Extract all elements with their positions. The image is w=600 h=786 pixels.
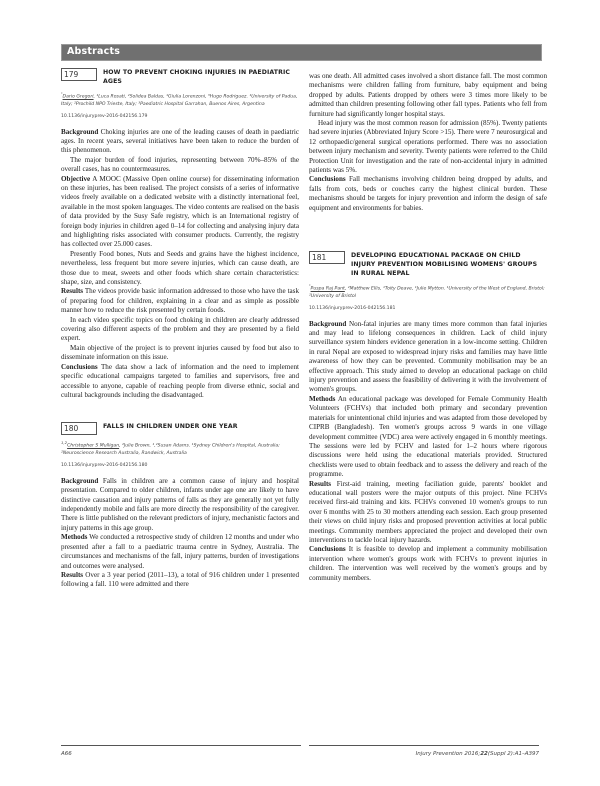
paragraph: was one death. All admitted cases involv… [309,72,547,119]
paragraph: Head injury was the most common reason f… [309,119,547,175]
paragraph: Main objective of the project is to prev… [61,344,299,363]
abstract-title: DEVELOPING EDUCATIONAL PACKAGE ON CHILD … [351,251,547,278]
section-header-bar: Abstracts [61,44,542,61]
journal-citation: Injury Prevention 2016;22(Suppl 2):A1–A3… [416,751,539,757]
paragraph-conclusions: Conclusions The data show a lack of info… [61,363,299,401]
abstract-title: FALLS IN CHILDREN UNDER ONE YEAR [103,422,238,431]
paragraph-conclusions: Conclusions Fall mechanisms involving ch… [309,175,547,213]
presenting-author: Christopher S Mulligan [67,444,119,449]
paragraph-results: Results Over a 3 year period (2011–13), … [61,571,299,590]
abstract-title: HOW TO PREVENT CHOKING INJURIES IN PAEDI… [103,68,299,86]
abstract-number: 181 [309,251,345,264]
left-column: 179 HOW TO PREVENT CHOKING INJURIES IN P… [61,68,299,590]
paragraph-objective: Objective A MOOC (Massive Open online co… [61,175,299,250]
abstract-number: 180 [61,422,97,435]
abstract-181: 181 DEVELOPING EDUCATIONAL PACKAGE ON CH… [309,251,547,583]
abstract-179: 179 HOW TO PREVENT CHOKING INJURIES IN P… [61,68,299,400]
footer-rule-left [61,745,301,746]
paragraph-background: Background Non-fatal injuries are many t… [309,320,547,395]
abstract-180-continued: was one death. All admitted cases involv… [309,72,547,213]
section-title: Abstracts [67,46,120,57]
paragraph: The major burden of food injuries, repre… [61,156,299,175]
paragraph: In each video specific topics on food ch… [61,316,299,344]
author-list: ¹Puspa Raj Pant, ²Matthew Ellis, ¹Toity … [309,282,547,300]
paragraph-results: Results The videos provide basic informa… [61,287,299,315]
presenting-author: Puspa Raj Pant [311,287,345,292]
doi[interactable]: 10.1136/injuryprev-2016-042156.180 [61,463,299,468]
paragraph-methods: Methods We conducted a retrospective stu… [61,533,299,571]
page-number: A66 [61,751,72,757]
doi[interactable]: 10.1136/injuryprev-2016-042156.179 [61,114,299,119]
abstract-number: 179 [61,68,97,81]
presenting-author: Dario Gregori [63,95,94,100]
paragraph-background: Background Choking injuries are one of t… [61,128,299,156]
paragraph-background: Background Falls in children are a commo… [61,477,299,533]
paragraph-methods: Methods An educational package was devel… [309,395,547,480]
footer-rule-right [309,745,539,746]
author-list: 1,2Christopher S Mulligan, ²Julie Brown,… [61,439,299,457]
right-column: was one death. All admitted cases involv… [309,72,547,583]
author-list: ¹Dario Gregori, ¹Luca Rosati, ²Solidea B… [61,90,299,108]
paragraph-results: Results First-aid training, meeting faci… [309,480,547,546]
abstract-180: 180 FALLS IN CHILDREN UNDER ONE YEAR 1,2… [61,422,299,589]
paragraph-conclusions: Conclusions It is feasible to develop an… [309,545,547,583]
doi[interactable]: 10.1136/injuryprev-2016-042156.181 [309,306,547,311]
paragraph: Presently Food bones, Nuts and Seeds and… [61,250,299,288]
